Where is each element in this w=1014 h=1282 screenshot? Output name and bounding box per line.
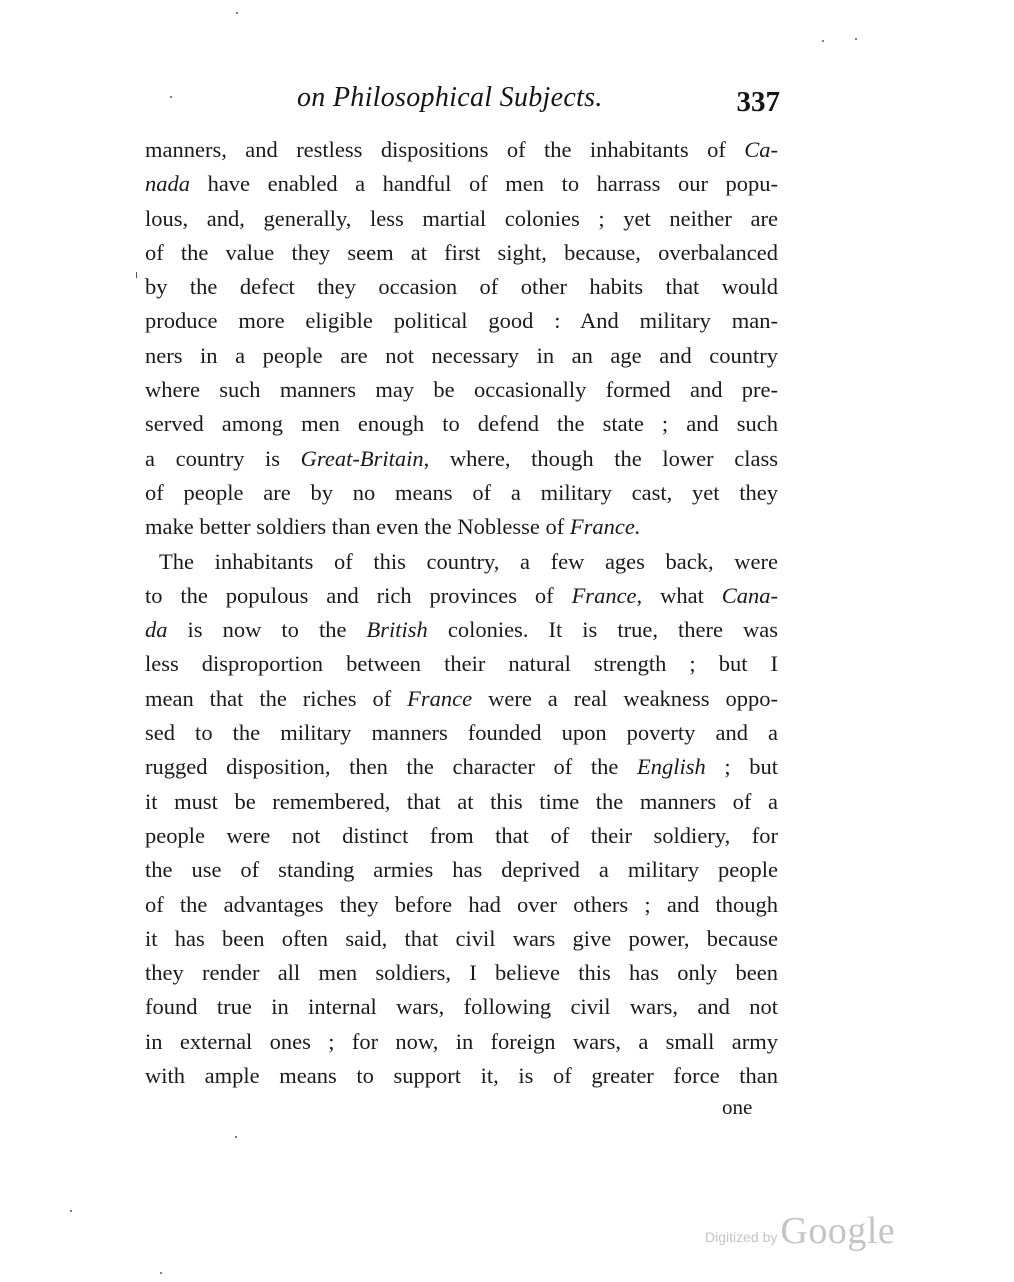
text-run: lous, and, generally, less martial colon…	[145, 206, 778, 231]
text-run: The inhabitants of this country, a few a…	[159, 549, 778, 574]
text-run: where such manners may be occasionally f…	[145, 377, 778, 402]
text-line: to the populous and rich provinces of Fr…	[145, 579, 778, 613]
text-line: of the advantages they before had over o…	[145, 888, 778, 922]
scan-speck	[855, 38, 857, 40]
text-line: it must be remembered, that at this time…	[145, 785, 778, 819]
text-line: with ample means to support it, is of gr…	[145, 1059, 778, 1093]
text-line: produce more eligible political good : A…	[145, 304, 778, 338]
text-line: people were not distinct from that of th…	[145, 819, 778, 853]
scan-speck	[160, 1272, 162, 1274]
text-line: manners, and restless dispositions of th…	[145, 133, 778, 167]
scan-speck	[170, 96, 172, 98]
text-line: da is now to the British colonies. It is…	[145, 613, 778, 647]
text-run: they render all men soldiers, I believe …	[145, 960, 778, 985]
text-run: found true in internal wars, following c…	[145, 994, 778, 1019]
text-line: a country is Great-Britain, where, thoug…	[145, 442, 778, 476]
text-run: what	[642, 583, 722, 608]
scan-speck	[136, 272, 137, 278]
scan-speck	[236, 12, 238, 14]
italic-text: France	[407, 686, 472, 711]
text-run: colonies. It is true, there was	[428, 617, 778, 642]
text-run: ners in a people are not necessary in an…	[145, 343, 778, 368]
running-title: on Philosophical Subjects.	[297, 82, 603, 114]
text-line: of people are by no means of a military …	[145, 476, 778, 510]
text-run: less disproportion between their natural…	[145, 651, 778, 676]
text-run: by the defect they occasion of other hab…	[145, 274, 778, 299]
text-line: make better soldiers than even the Noble…	[145, 510, 778, 544]
italic-text: Great-Britain	[301, 446, 424, 471]
italic-text: Cana-	[722, 583, 778, 608]
text-line: mean that the riches of France were a re…	[145, 682, 778, 716]
text-line: The inhabitants of this country, a few a…	[145, 545, 778, 579]
text-line: lous, and, generally, less martial colon…	[145, 202, 778, 236]
watermark-prefix: Digitized by	[705, 1229, 777, 1245]
text-run: of the advantages they before had over o…	[145, 892, 778, 917]
text-line: nada have enabled a handful of men to ha…	[145, 167, 778, 201]
scan-speck	[822, 40, 824, 42]
text-line: sed to the military manners founded upon…	[145, 716, 778, 750]
text-line: by the defect they occasion of other hab…	[145, 270, 778, 304]
text-line: where such manners may be occasionally f…	[145, 373, 778, 407]
body-text: manners, and restless dispositions of th…	[145, 133, 778, 1093]
running-head: on Philosophical Subjects. 337	[145, 80, 780, 120]
page-number: 337	[737, 86, 781, 119]
italic-text: da	[145, 617, 168, 642]
scan-speck	[70, 1210, 72, 1212]
text-run: have enabled a handful of men to harrass…	[190, 171, 778, 196]
text-run: in external ones ; for now, in foreign w…	[145, 1029, 778, 1054]
text-line: rugged disposition, then the character o…	[145, 750, 778, 784]
text-run: rugged disposition, then the character o…	[145, 754, 637, 779]
italic-text: France.	[570, 514, 641, 539]
text-run: mean that the riches of	[145, 686, 407, 711]
text-run: sed to the military manners founded upon…	[145, 720, 778, 745]
scan-speck	[235, 1136, 237, 1138]
digitized-by-google-watermark: Digitized by Google	[705, 1210, 895, 1250]
catchword: one	[722, 1095, 752, 1120]
italic-text: Ca-	[744, 137, 778, 162]
text-run: is now to the	[168, 617, 367, 642]
text-run: the use of standing armies has deprived …	[145, 857, 778, 882]
text-line: it has been often said, that civil wars …	[145, 922, 778, 956]
text-run: were a real weakness oppo-	[472, 686, 778, 711]
text-run: , where, though the lower class	[424, 446, 778, 471]
text-line: the use of standing armies has deprived …	[145, 853, 778, 887]
text-run: a country is	[145, 446, 301, 471]
text-run: to the populous and rich provinces of	[145, 583, 572, 608]
text-line: in external ones ; for now, in foreign w…	[145, 1025, 778, 1059]
text-run: ; but	[706, 754, 778, 779]
text-run: produce more eligible political good : A…	[145, 308, 778, 333]
italic-text: British	[367, 617, 428, 642]
text-run: people were not distinct from that of th…	[145, 823, 778, 848]
italic-text: nada	[145, 171, 190, 196]
text-run: make better soldiers than even the Noble…	[145, 514, 570, 539]
text-run: it must be remembered, that at this time…	[145, 789, 778, 814]
text-run: of the value they seem at first sight, b…	[145, 240, 778, 265]
text-line: they render all men soldiers, I believe …	[145, 956, 778, 990]
text-run: of people are by no means of a military …	[145, 480, 778, 505]
text-line: found true in internal wars, following c…	[145, 990, 778, 1024]
text-line: served among men enough to defend the st…	[145, 407, 778, 441]
google-logo: Google	[780, 1212, 895, 1250]
text-line: of the value they seem at first sight, b…	[145, 236, 778, 270]
text-run: it has been often said, that civil wars …	[145, 926, 778, 951]
italic-text: France,	[572, 583, 643, 608]
text-run: with ample means to support it, is of gr…	[145, 1063, 778, 1088]
text-line: less disproportion between their natural…	[145, 647, 778, 681]
text-line: ners in a people are not necessary in an…	[145, 339, 778, 373]
italic-text: English	[637, 754, 706, 779]
book-page: on Philosophical Subjects. 337 manners, …	[0, 0, 1014, 1282]
text-run: served among men enough to defend the st…	[145, 411, 778, 436]
text-run: manners, and restless dispositions of th…	[145, 137, 744, 162]
